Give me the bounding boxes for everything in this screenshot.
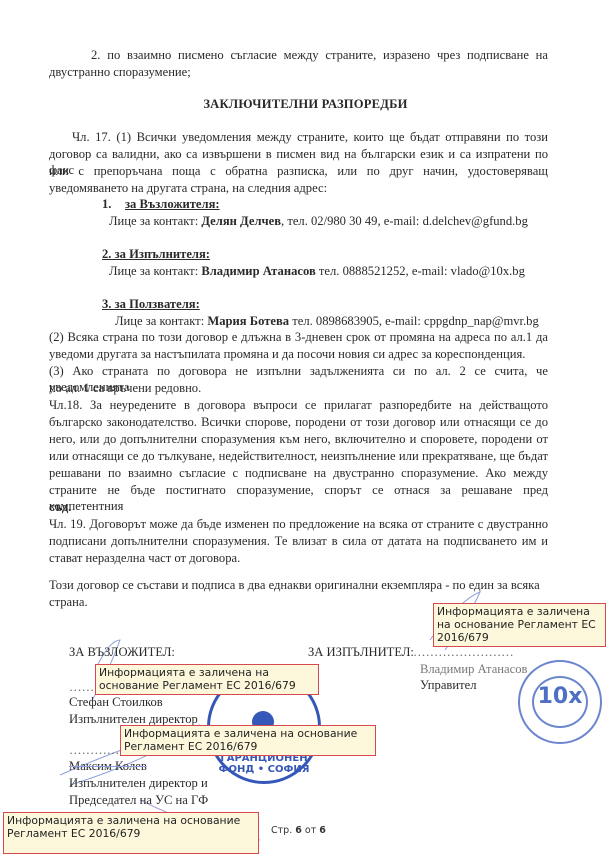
page-prefix: Стр. xyxy=(271,825,295,836)
redaction-contractor-signature: Информацията е заличена на основание Рег… xyxy=(433,603,606,647)
client-signature-line-2: ………… xyxy=(69,742,119,758)
page-number: Стр. 6 от 6 xyxy=(271,825,326,836)
contractor-title: Управител xyxy=(420,677,477,693)
redaction-footer: Информацията е заличена на основание Рег… xyxy=(3,812,259,854)
contractor-stamp: 10x xyxy=(518,660,602,744)
client-signer1-name: Стефан Стоилков xyxy=(69,694,163,710)
client-signer2-title-line1: Изпълнителен директор и xyxy=(69,775,208,791)
client-signature-line-1: …… xyxy=(69,679,94,695)
client-label: ЗА ВЪЗЛОЖИТЕЛ: xyxy=(69,644,175,660)
contractor-label: ЗА ИЗПЪЛНИТЕЛ: xyxy=(308,644,414,660)
redaction-client-signature-2: Информацията е заличена на основание Рег… xyxy=(120,725,376,756)
stamp-logo-text: 10x xyxy=(520,684,600,709)
stamp-ring-text: ГАРАНЦИОНЕН ФОНД • СОФИЯ xyxy=(210,753,318,775)
redaction-client-signature-1: Информацията е заличена на основание Рег… xyxy=(95,664,319,695)
contractor-name: Владимир Атанасов xyxy=(420,661,527,677)
client-signer2-title-line2: Председател на УС на ГФ xyxy=(69,792,208,808)
client-signer2-name: Максим Колев xyxy=(69,758,147,774)
page-of: от xyxy=(302,825,319,836)
page-current: 6 xyxy=(295,825,302,836)
page-total: 6 xyxy=(319,825,326,836)
